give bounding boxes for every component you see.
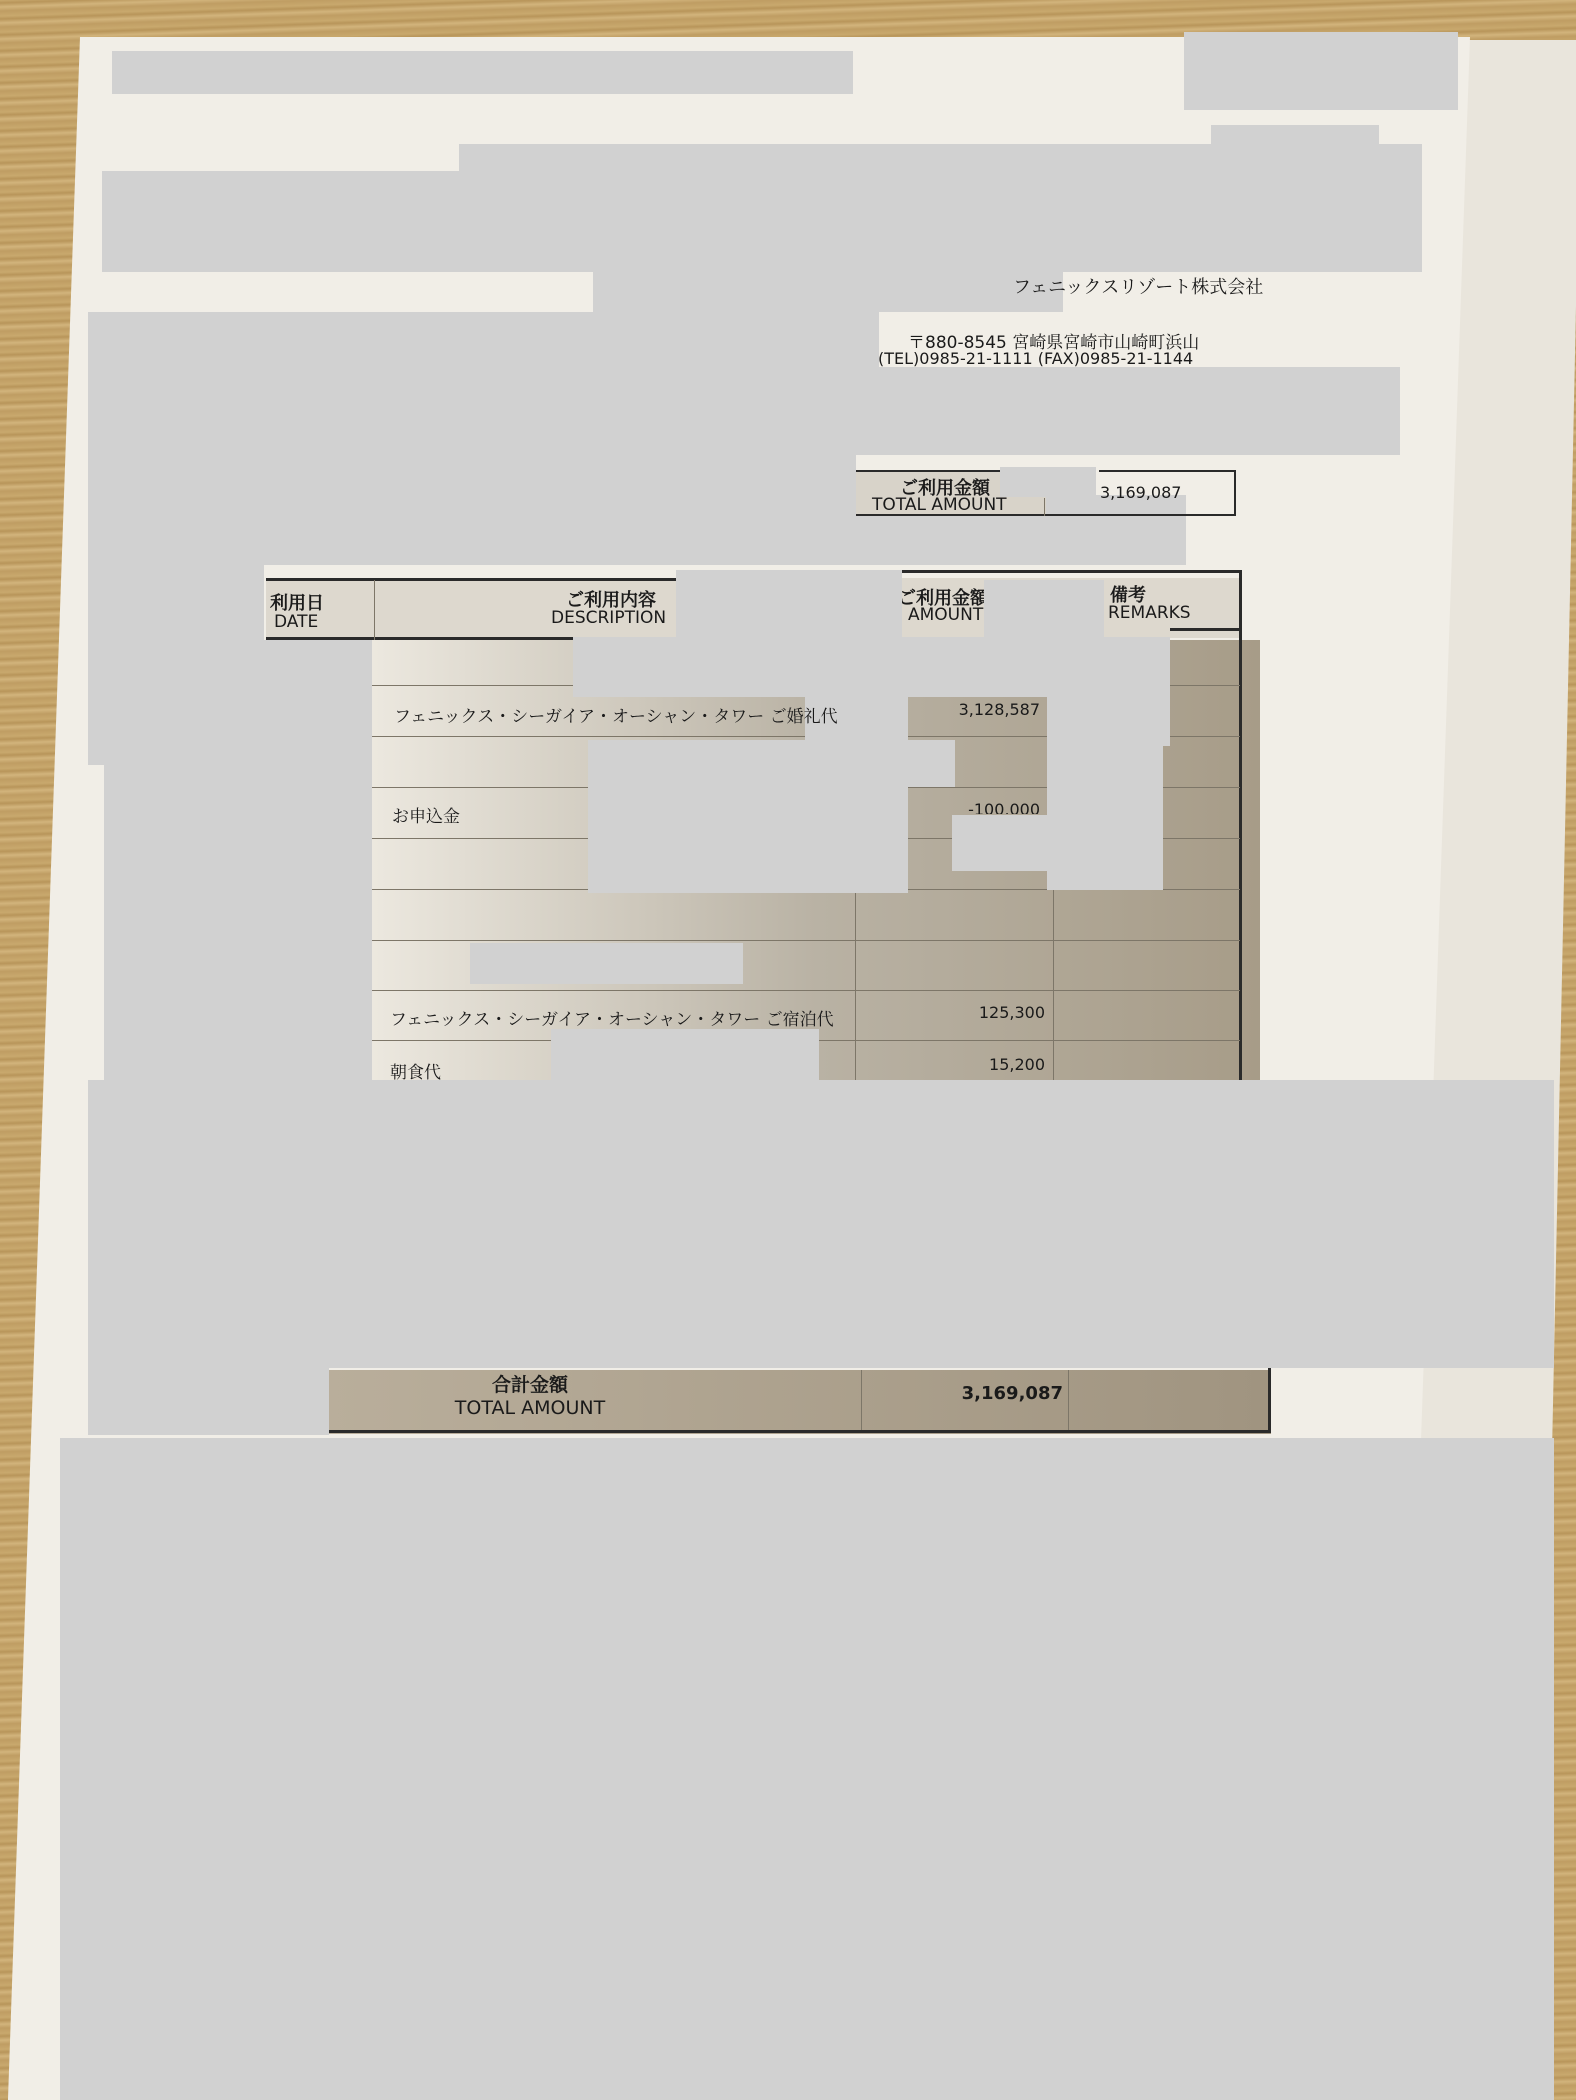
redacted-block — [459, 144, 1422, 272]
total-row-bottom-border — [329, 1430, 1271, 1433]
table-col-divider-date — [374, 580, 375, 640]
table-header-top — [266, 578, 676, 581]
table-row-description: お申込金 — [392, 802, 460, 827]
summary-total-value: 3,169,087 — [1100, 483, 1181, 502]
redacted-block — [1000, 467, 1096, 497]
redacted-block — [104, 640, 372, 1080]
table-header-remarks-en: REMARKS — [1108, 603, 1191, 623]
redacted-block — [588, 740, 908, 893]
table-header-bottom-right — [1170, 628, 1241, 631]
redacted-block — [1211, 125, 1379, 145]
total-col-divider — [861, 1370, 862, 1430]
redacted-block — [676, 570, 902, 640]
redacted-block — [88, 1365, 329, 1435]
summary-box-divider — [1044, 498, 1045, 516]
redacted-block — [112, 51, 853, 94]
issuer-company-name: フェニックスリゾート株式会社 — [1013, 273, 1263, 299]
total-label-en: TOTAL AMOUNT — [420, 1397, 640, 1419]
summary-box-top — [856, 470, 1021, 472]
summary-box-right — [1234, 470, 1236, 516]
redacted-block — [908, 740, 955, 787]
total-label-jp: 合計金額 — [440, 1370, 620, 1397]
table-header-top-right — [902, 570, 1241, 573]
redacted-block — [1184, 32, 1458, 110]
total-col-divider — [1068, 1370, 1069, 1430]
summary-box-top-right — [1099, 470, 1235, 472]
total-row-right-border — [1268, 1368, 1271, 1432]
redacted-block — [593, 272, 1063, 312]
redacted-block — [1047, 686, 1170, 746]
table-border-right — [1239, 570, 1242, 1082]
table-header-date-en: DATE — [274, 612, 318, 632]
issuer-contact: (TEL)0985-21-1111 (FAX)0985-21-1144 — [878, 349, 1193, 368]
redacted-block — [60, 1438, 1554, 2100]
table-header-amount-en: AMOUNT — [908, 605, 983, 625]
redacted-block — [88, 312, 879, 367]
redacted-block — [102, 171, 462, 272]
total-value: 3,169,087 — [900, 1383, 1063, 1404]
redacted-block — [88, 1080, 1554, 1368]
table-row-description: フェニックス・シーガイア・オーシャン・タワー ご婚礼代 — [394, 702, 838, 727]
redacted-block — [88, 367, 1400, 455]
table-row-amount: -100,000 — [900, 800, 1040, 814]
table-row-amount: 15,200 — [905, 1055, 1045, 1074]
redacted-block — [984, 580, 1104, 638]
table-row-line — [372, 940, 1240, 941]
redacted-block — [551, 1029, 819, 1081]
table-row-description: フェニックス・シーガイア・オーシャン・タワー ご宿泊代 — [390, 1005, 834, 1030]
summary-label-en: TOTAL AMOUNT — [872, 495, 1007, 515]
table-header-description-en: DESCRIPTION — [551, 608, 666, 628]
redacted-block — [470, 943, 743, 984]
table-row-amount: 3,128,587 — [900, 700, 1040, 719]
redacted-block — [952, 815, 1048, 871]
redacted-block — [1047, 746, 1163, 890]
table-row-line — [372, 990, 1240, 991]
table-row-amount: 125,300 — [905, 1003, 1045, 1022]
